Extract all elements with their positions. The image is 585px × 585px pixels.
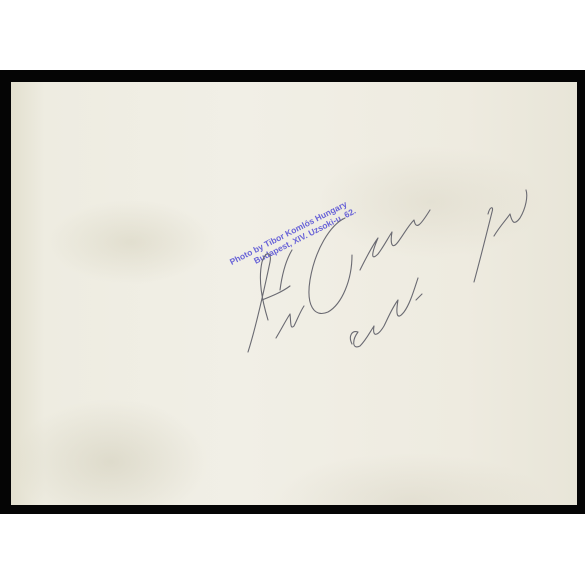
photo-back-paper — [11, 82, 577, 505]
